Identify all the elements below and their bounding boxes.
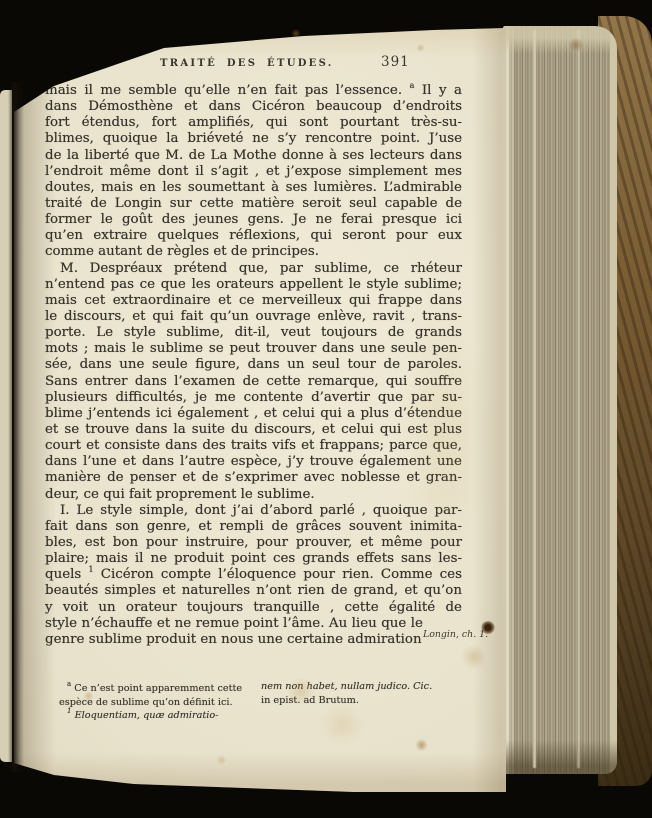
text-line: porte. Le style sublime, dit-il, veut to… (45, 325, 462, 341)
footnote-marker-a: a (410, 81, 415, 90)
margin-note-citation: Longin, ch. 1. (423, 629, 488, 640)
text-line: qu’en extraire quelques réflexions, qui … (45, 228, 462, 244)
text-line: former le goût des jeunes gens. Je ne fe… (45, 212, 462, 228)
text-line: quels 1 Cicéron compte l’éloquence pour … (45, 567, 462, 583)
text-line: y voit un orateur toujours tranquille , … (45, 600, 462, 616)
text-line: dans Démosthène et dans Cicéron beaucoup… (45, 99, 462, 115)
text-line: deur, ce qui fait proprement le sublime. (45, 487, 462, 503)
text-line: fait dans son genre, et rempli de grâces… (45, 519, 462, 535)
text-line: n’entend pas ce que les orateurs appelle… (45, 277, 462, 293)
text-line: traité de Longin sur cette matière seroi… (45, 196, 462, 212)
footnote-marker-1: 1 (88, 565, 93, 574)
text-line: et se trouve dans la suite du discours, … (45, 422, 462, 438)
text-line: blime j’entends ici également , et celui… (45, 406, 462, 422)
text-line: comme autant de règles et de principes. (45, 244, 462, 260)
footnote-line: a Ce n’est point apparemment cette (59, 682, 259, 696)
footnote-column-right: nem non habet, nullam judico. Cic. in ep… (261, 680, 461, 707)
text-line: plusieurs difficultés, je me contente d’… (45, 390, 462, 406)
text-line: blimes, quoique la briéveté ne s’y renco… (45, 131, 462, 147)
text-line: Sans entrer dans l’examen de cette remar… (45, 374, 462, 390)
text-line: plaire; mais il ne produit point ces gra… (45, 551, 462, 567)
text-line: l’endroit même dont il s’agit , et j’exp… (45, 164, 462, 180)
footnote-marker-a: a (67, 680, 71, 688)
fore-edge-page-stack (503, 26, 617, 774)
body-text-block: mais il me semble qu’elle n’en fait pas … (45, 83, 462, 648)
text-line: I. Le style simple, dont j’ai d’abord pa… (45, 503, 462, 519)
footnote-line: espèce de sublime qu’on définit ici. (59, 696, 259, 710)
text-line: de la liberté que M. de La Mothe donne à… (45, 148, 462, 164)
text-line: bles, est bon pour instruire, pour prouv… (45, 535, 462, 551)
footnote-line: in epist. ad Brutum. (261, 694, 461, 708)
text-line: manière de penser et de s’exprimer avec … (45, 470, 462, 486)
text-line: le discours, et qui fait qu’un ouvrage e… (45, 309, 462, 325)
page-stack-gap-line (533, 30, 536, 768)
page-stack-gap-line (577, 30, 580, 768)
text-line: mais cet extraordinaire et ce merveilleu… (45, 293, 462, 309)
footnote-marker-1: 1 (67, 707, 71, 715)
text-line: mots ; mais le sublime se peut trouver d… (45, 341, 462, 357)
footnote-line: 1 Eloquentiam, quæ admiratio- (59, 709, 259, 723)
text-line: beautés simples et naturelles n’ont rien… (45, 583, 462, 599)
page-number: 391 (381, 54, 410, 70)
text-line: dans l’une et dans l’autre espèce, j’y t… (45, 454, 462, 470)
gutter-shadow (8, 82, 24, 772)
footnote-line: nem non habet, nullam judico. Cic. (261, 680, 461, 694)
text-line: style n’échauffe et ne remue point l’âme… (45, 616, 423, 632)
book-scan-photo: TRAITÉ DES ÉTUDES. 391 mais il me semble… (0, 0, 652, 818)
text-line: genre sublime produit en nous une certai… (45, 632, 462, 648)
text-line: M. Despréaux prétend que, par sublime, c… (45, 261, 462, 277)
running-header-title: TRAITÉ DES ÉTUDES. (160, 58, 334, 69)
scanned-page: TRAITÉ DES ÉTUDES. 391 mais il me semble… (14, 28, 506, 792)
text-line: sée, dans une seule figure, dans un seul… (45, 357, 462, 373)
footnote-column-left: a Ce n’est point apparemment cette espèc… (59, 682, 259, 723)
text-line: court et consiste dans des traits vifs e… (45, 438, 462, 454)
text-line: doutes, mais en les soumettant à ses lum… (45, 180, 462, 196)
text-line: mais il me semble qu’elle n’en fait pas … (45, 83, 462, 99)
text-line: fort étendus, fort amplifiés, qui sont p… (45, 115, 462, 131)
